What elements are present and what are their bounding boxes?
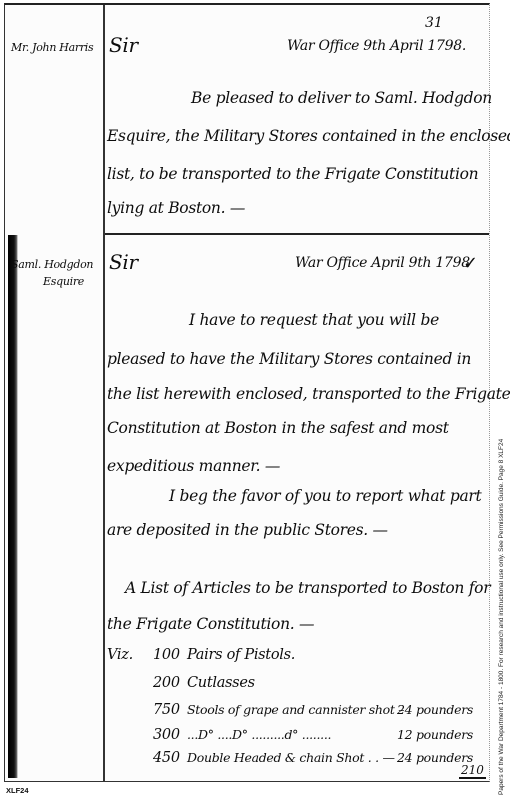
body-line: lying at Boston. — — [107, 199, 245, 217]
item-size: 24 pounders — [397, 702, 473, 717]
page-number: 31 — [425, 15, 443, 31]
item-qty: 450 — [153, 750, 180, 766]
item-qty: 300 — [153, 727, 180, 743]
item-article: Stools of grape and cannister shot – — [187, 702, 404, 717]
viz-label: Viz. — [107, 647, 133, 663]
recipient-margin-name: Mr. John Harris — [11, 41, 93, 54]
body-line: list, to be transported to the Frigate C… — [107, 165, 478, 183]
body-line: Esquire, the Military Stores contained i… — [107, 127, 510, 145]
item-article: Double Headed & chain Shot . . — — [187, 750, 395, 765]
item-qty: 100 — [153, 647, 180, 663]
dateline: War Office April 9th 1798 — [295, 255, 470, 271]
recipient-margin-name: Saml. Hodgdon — [11, 258, 93, 271]
salutation: Sir — [109, 250, 138, 274]
folio-mark: 210 — [459, 763, 486, 779]
binding-shadow — [8, 235, 18, 778]
body-line: I beg the favor of you to report what pa… — [169, 487, 481, 505]
salutation: Sir — [109, 33, 138, 57]
dateline: War Office 9th April 1798. — [287, 38, 466, 54]
letter-separator — [105, 233, 489, 235]
item-qty: 200 — [153, 675, 180, 691]
body-line: the list herewith enclosed, transported … — [107, 385, 510, 403]
item-article: Pairs of Pistols. — [187, 647, 295, 663]
item-size: 12 pounders — [397, 727, 473, 742]
body-line: are deposited in the public Stores. — — [107, 521, 388, 539]
body-line: Be pleased to deliver to Saml. Hodgdon — [191, 89, 492, 107]
body-line: pleased to have the Military Stores cont… — [107, 350, 471, 368]
body-line: expeditious manner. — — [107, 457, 280, 475]
recipient-margin-title: Esquire — [43, 275, 84, 288]
body-line: I have to request that you will be — [189, 311, 439, 329]
item-qty: 750 — [153, 702, 180, 718]
check-mark-icon: ✓ — [463, 253, 478, 274]
manuscript-page: Mr. John Harris Sir War Office 9th April… — [4, 3, 490, 782]
permissions-note: Papers of the War Department 1784 - 1800… — [498, 439, 505, 795]
margin-rule — [103, 5, 105, 781]
archive-id: XLF24 — [6, 786, 29, 795]
list-title-line: A List of Articles to be transported to … — [125, 579, 490, 597]
item-article: Cutlasses — [187, 675, 255, 691]
item-article: ...D° ....D° .........d° ........ — [187, 727, 331, 742]
body-line: Constitution at Boston in the safest and… — [107, 419, 449, 437]
list-title-line: the Frigate Constitution. — — [107, 615, 314, 633]
